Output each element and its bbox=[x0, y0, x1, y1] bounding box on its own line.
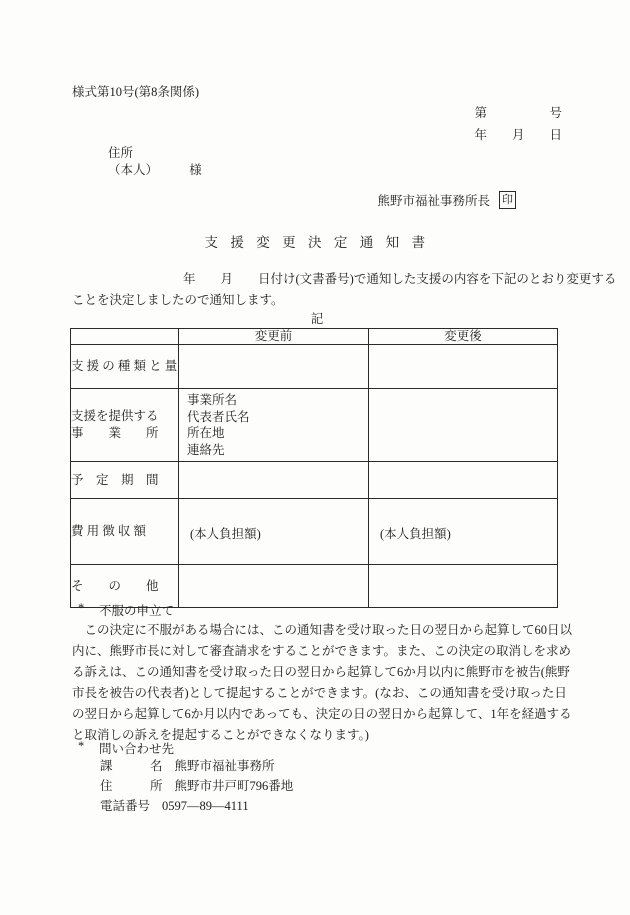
seal-mark: 印 bbox=[499, 191, 516, 209]
table-header-row: 変更前 変更後 bbox=[71, 329, 558, 345]
change-table: 変更前 変更後 支 援 の 種 類 と 量 支援を提供する 事 業 所 事業所名… bbox=[70, 328, 558, 608]
table-row-fee: 費 用 徴 収 額 (本人負担額) (本人負担額) bbox=[71, 499, 558, 565]
provider-field-name: 事業所名 bbox=[187, 392, 368, 409]
period-after-cell bbox=[369, 462, 558, 499]
header-before: 変更前 bbox=[179, 329, 369, 345]
header-empty-cell bbox=[71, 329, 179, 345]
row-label-period: 予 定 期 間 bbox=[71, 462, 179, 499]
address-label: 住所 bbox=[108, 143, 133, 161]
fee-after-cell: (本人負担額) bbox=[369, 499, 558, 565]
provider-field-contact: 連絡先 bbox=[187, 442, 368, 459]
date-line: 年 月 日 bbox=[474, 125, 562, 143]
appeal-asterisk: * bbox=[72, 601, 99, 619]
issuer-title: 熊野市福祉事務所長 bbox=[377, 191, 490, 209]
body-line-1: 年 月 日付け(文書番号)で通知した支援の内容を下記のとおり変更する bbox=[183, 269, 616, 287]
fee-before-cell: (本人負担額) bbox=[179, 499, 369, 565]
appeal-heading: 不服の申立て bbox=[99, 601, 174, 619]
document-title: 支 援 変 更 決 定 通 知 書 bbox=[72, 231, 562, 251]
provider-after-cell bbox=[369, 389, 558, 462]
appeal-paragraph: この決定に不服がある場合には、この通知書を受け取った日の翌日から起算して60日以… bbox=[72, 620, 564, 746]
provider-before-cell: 事業所名 代表者氏名 所在地 連絡先 bbox=[179, 389, 369, 462]
row-label-provider: 支援を提供する 事 業 所 bbox=[71, 389, 179, 462]
other-after-cell bbox=[369, 565, 558, 608]
table-row-provider: 支援を提供する 事 業 所 事業所名 代表者氏名 所在地 連絡先 bbox=[71, 389, 558, 462]
table-row-support-type: 支 援 の 種 類 と 量 bbox=[71, 345, 558, 389]
table-row-period: 予 定 期 間 bbox=[71, 462, 558, 499]
support-type-after-cell bbox=[369, 345, 558, 389]
appeal-heading-row: * 不服の申立て bbox=[72, 601, 174, 619]
period-before-cell bbox=[179, 462, 369, 499]
row-label-support-type: 支 援 の 種 類 と 量 bbox=[71, 345, 179, 389]
issuer-line: 熊野市福祉事務所長 印 bbox=[377, 191, 516, 209]
provider-field-location: 所在地 bbox=[187, 425, 368, 442]
contact-row-department: 課 名 熊野市福祉事務所 bbox=[100, 756, 293, 776]
inquiry-heading-row: * 問い合わせ先 bbox=[72, 739, 174, 757]
document-page: 様式第10号(第8条関係) 第 号 年 月 日 住所 （本人） 様 熊野市福祉事… bbox=[0, 0, 630, 915]
contact-block: 課 名 熊野市福祉事務所 住 所 熊野市井戸町796番地 電話番号 0597—8… bbox=[100, 756, 293, 816]
contact-department-value: 熊野市福祉事務所 bbox=[175, 756, 275, 776]
recipient-line: （本人） 様 bbox=[108, 160, 202, 178]
row-label-fee: 費 用 徴 収 額 bbox=[71, 499, 179, 565]
body-line-2: ことを決定しましたので通知します。 bbox=[72, 290, 284, 308]
contact-row-address: 住 所 熊野市井戸町796番地 bbox=[100, 776, 293, 796]
other-before-cell bbox=[179, 565, 369, 608]
inquiry-heading: 問い合わせ先 bbox=[99, 739, 174, 757]
contact-phone-value: 0597—89—4111 bbox=[162, 796, 249, 816]
support-type-before-cell bbox=[179, 345, 369, 389]
inquiry-asterisk: * bbox=[72, 739, 99, 757]
contact-address-value: 熊野市井戸町796番地 bbox=[175, 776, 294, 796]
contact-row-phone: 電話番号 0597—89—4111 bbox=[100, 796, 293, 816]
fee-before-note: (本人負担額) bbox=[179, 521, 368, 542]
provider-field-representative: 代表者氏名 bbox=[187, 409, 368, 426]
form-number: 様式第10号(第8条関係) bbox=[72, 82, 199, 100]
header-after: 変更後 bbox=[369, 329, 558, 345]
record-mark: 記 bbox=[72, 309, 562, 327]
doc-number-line: 第 号 bbox=[474, 103, 562, 121]
fee-after-note: (本人負担額) bbox=[369, 521, 557, 542]
